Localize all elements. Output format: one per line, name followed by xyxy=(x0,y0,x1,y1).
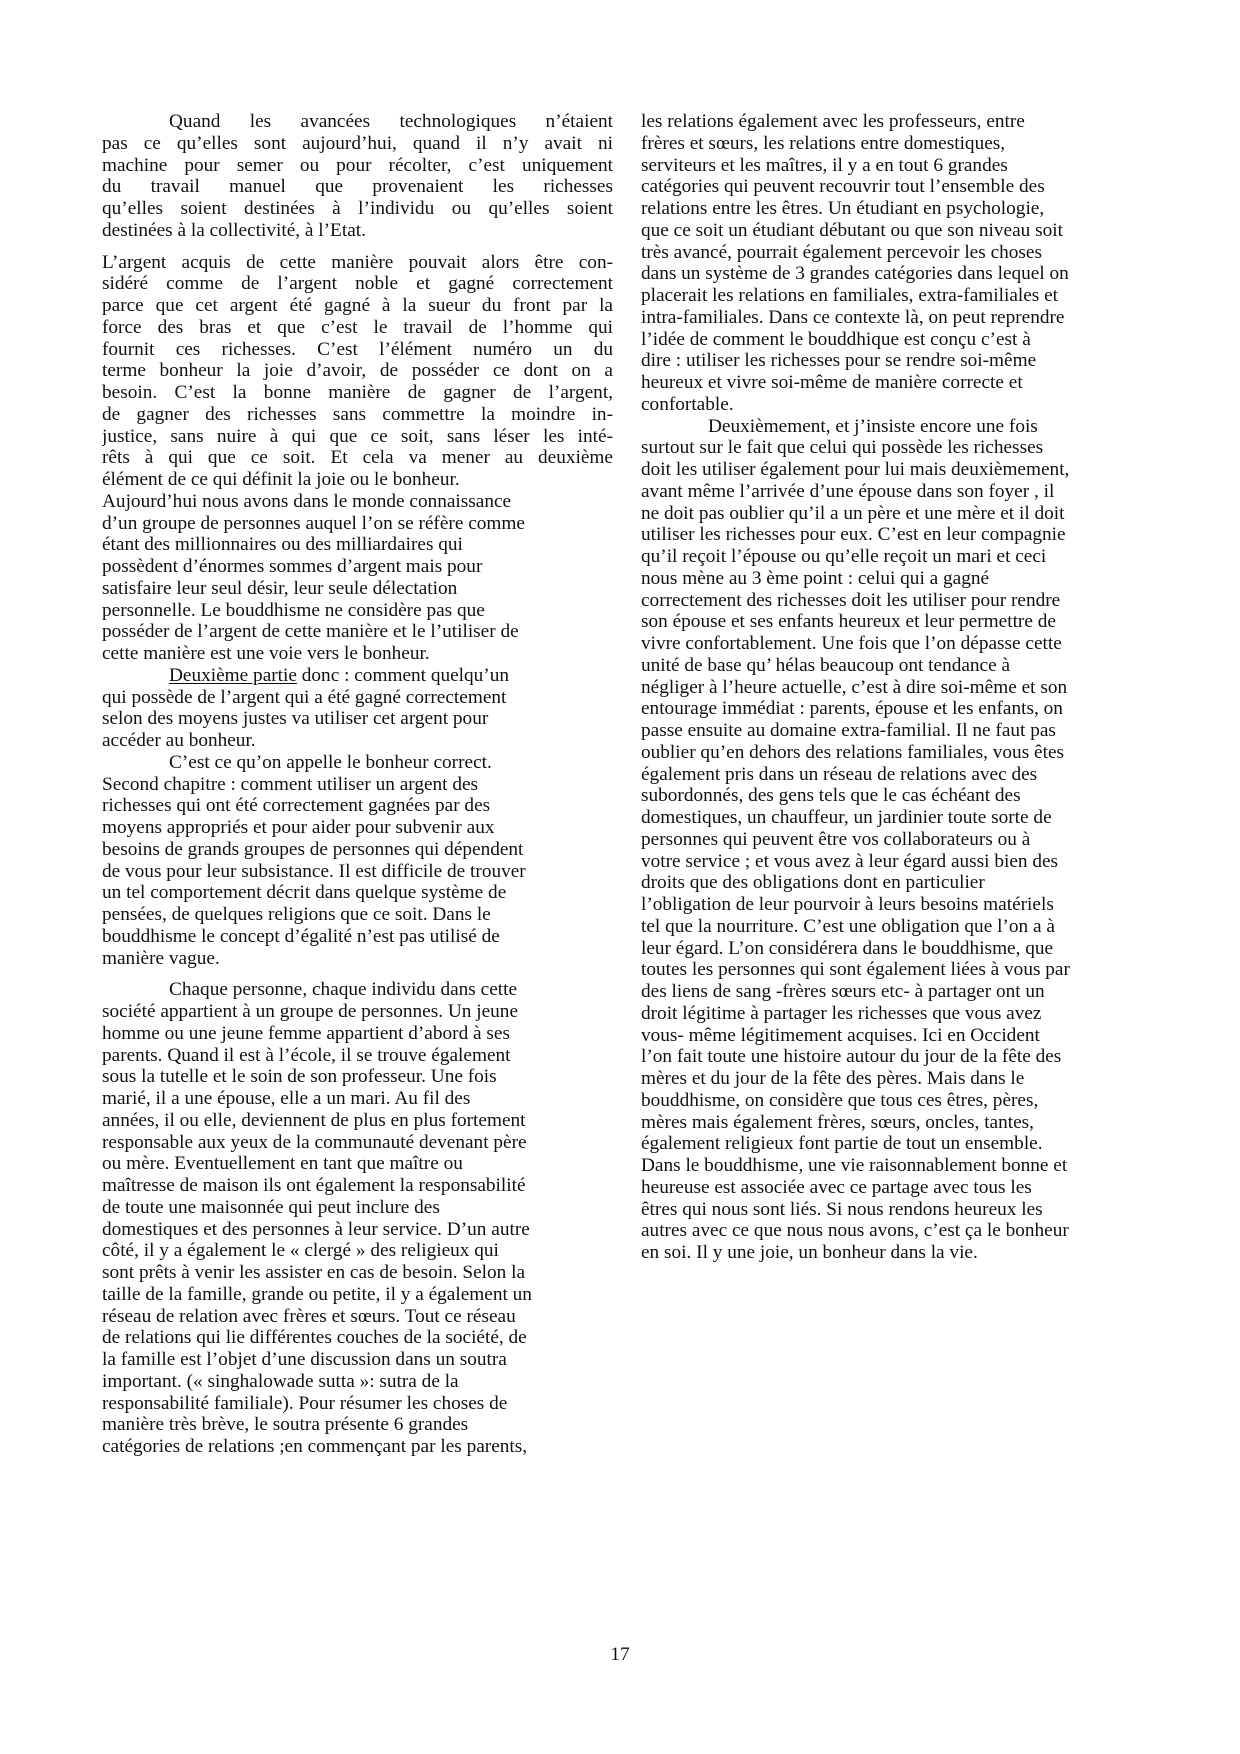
paragraph: Second chapitre : comment utiliser un ar… xyxy=(102,774,613,970)
text-line: Deuxièmement, et j’insiste encore une fo… xyxy=(641,416,1151,438)
text-line: l’on fait toute une histoire autour du j… xyxy=(641,1046,1151,1068)
text-line: bouddhisme le concept d’égalité n’est pa… xyxy=(102,926,613,948)
text-line: domestiques et des personnes à leur serv… xyxy=(102,1219,613,1241)
text-line: en soi. Il y une joie, un bonheur dans l… xyxy=(641,1242,1151,1264)
text-line: intra-familiales. Dans ce contexte là, o… xyxy=(641,307,1151,329)
text-line: très avancé, pourrait également percevoi… xyxy=(641,242,1151,264)
text-line: manière vague. xyxy=(102,948,613,970)
text-line: fournit ces richesses. C’est l’élément n… xyxy=(102,339,613,361)
paragraph: Quand les avancées technologiques n’étai… xyxy=(102,111,613,242)
text-line: société appartient à un groupe de person… xyxy=(102,1001,613,1023)
text-line: élément de ce qui définit la joie ou le … xyxy=(102,469,613,491)
text-line: de relations qui lie différentes couches… xyxy=(102,1327,613,1349)
text-line: de vous pour leur subsistance. Il est di… xyxy=(102,861,613,883)
text-line: des liens de sang -frères sœurs etc- à p… xyxy=(641,981,1151,1003)
text-line: terme bonheur la joie d’avoir, de posséd… xyxy=(102,360,613,382)
text-line: dire : utiliser les richesses pour se re… xyxy=(641,350,1151,372)
text-line: rêts à qui que ce soit. Et cela va mener… xyxy=(102,447,613,469)
text-line: responsabilité familiale). Pour résumer … xyxy=(102,1393,613,1415)
text-line: votre service ; et vous avez à leur égar… xyxy=(641,851,1151,873)
text-line: son épouse et ses enfants heureux et leu… xyxy=(641,611,1151,633)
text-line: confortable. xyxy=(641,394,1151,416)
text-line: heureux et vivre soi-même de manière cor… xyxy=(641,372,1151,394)
text-line: relations entre les êtres. Un étudiant e… xyxy=(641,198,1151,220)
text-line: heureuse est associée avec ce partage av… xyxy=(641,1177,1151,1199)
text-line: L’argent acquis de cette manière pouvait… xyxy=(102,252,613,274)
text-line: Chaque personne, chaque individu dans ce… xyxy=(102,979,613,1001)
text-line: serviteurs et les maîtres, il y a en tou… xyxy=(641,155,1151,177)
right-column: les relations également avec les profess… xyxy=(641,111,1151,1264)
paragraph: Deuxièmement, et j’insiste encore une fo… xyxy=(641,416,1151,1264)
text-line: droit légitime à partager les richesses … xyxy=(641,1003,1151,1025)
paragraph: Chaque personne, chaque individu dans ce… xyxy=(102,979,613,1458)
text-line: besoins de grands groupes de personnes q… xyxy=(102,839,613,861)
text-line: possèdent d’énormes sommes d’argent mais… xyxy=(102,556,613,578)
paragraph: Aujourd’hui nous avons dans le monde con… xyxy=(102,491,613,665)
text-line: qu’elles soient destinées à l’individu o… xyxy=(102,198,613,220)
text-line: maîtresse de maison ils ont également la… xyxy=(102,1175,613,1197)
text-line: force des bras et que c’est le travail d… xyxy=(102,317,613,339)
section-heading-underlined: Deuxième partie xyxy=(169,665,297,686)
text-line: machine pour semer ou pour récolter, c’e… xyxy=(102,155,613,177)
text-line: négliger à l’heure actuelle, c’est à dir… xyxy=(641,677,1151,699)
text-line: posséder de l’argent de cette manière et… xyxy=(102,621,613,643)
paragraph: les relations également avec les profess… xyxy=(641,111,1151,416)
text-line: accéder au bonheur. xyxy=(102,730,613,752)
text-line: ne doit pas oublier qu’il a un père et u… xyxy=(641,503,1151,525)
text-line: pas ce qu’elles sont aujourd’hui, quand … xyxy=(102,133,613,155)
text-line: frères et sœurs, les relations entre dom… xyxy=(641,133,1151,155)
text-line: la famille est l’objet d’une discussion … xyxy=(102,1349,613,1371)
text-line: nous mène au 3 ème point : celui qui a g… xyxy=(641,568,1151,590)
text-line: richesses qui ont été correctement gagné… xyxy=(102,795,613,817)
text-line: catégories qui peuvent recouvrir tout l’… xyxy=(641,176,1151,198)
left-column: Quand les avancées technologiques n’étai… xyxy=(102,111,613,1458)
text-line: un tel comportement décrit dans quelque … xyxy=(102,882,613,904)
text-line: besoin. C’est la bonne manière de gagner… xyxy=(102,382,613,404)
text-line: satisfaire leur seul désir, leur seule d… xyxy=(102,578,613,600)
text-line: qui possède de l’argent qui a été gagné … xyxy=(102,687,613,709)
text-line: pensées, de quelques religions que ce so… xyxy=(102,904,613,926)
text-line: personnelle. Le bouddhisme ne considère … xyxy=(102,600,613,622)
text-line: de toute une maisonnée qui peut inclure … xyxy=(102,1197,613,1219)
text-line: entourage immédiat : parents, épouse et … xyxy=(641,698,1151,720)
text-line: vivre confortablement. Une fois que l’on… xyxy=(641,633,1151,655)
page-number: 17 xyxy=(0,1644,1240,1666)
text-line: avant même l’arrivée d’une épouse dans s… xyxy=(641,481,1151,503)
text-line: selon des moyens justes va utiliser cet … xyxy=(102,708,613,730)
text-line: dans un système de 3 grandes catégories … xyxy=(641,263,1151,285)
text-line: parents. Quand il est à l’école, il se t… xyxy=(102,1045,613,1067)
text-line: responsable aux yeux de la communauté de… xyxy=(102,1132,613,1154)
text-line: utiliser les richesses pour eux. C’est e… xyxy=(641,524,1151,546)
text-line: Dans le bouddhisme, une vie raisonnablem… xyxy=(641,1155,1151,1177)
text-line: Deuxième partie donc : comment quelqu’un xyxy=(102,665,613,687)
text-line: étant des millionnaires ou des milliarda… xyxy=(102,534,613,556)
text-line: Aujourd’hui nous avons dans le monde con… xyxy=(102,491,613,513)
text-line: taille de la famille, grande ou petite, … xyxy=(102,1284,613,1306)
text-line: passe ensuite au domaine extra-familial.… xyxy=(641,720,1151,742)
text-line: correctement des richesses doit les util… xyxy=(641,590,1151,612)
text-line: du travail manuel que provenaient les ri… xyxy=(102,176,613,198)
text-line: également pris dans un réseau de relatio… xyxy=(641,764,1151,786)
text-line: marié, il a une épouse, elle a un mari. … xyxy=(102,1088,613,1110)
text-line: homme ou une jeune femme appartient d’ab… xyxy=(102,1023,613,1045)
text-line: doit les utiliser également pour lui mai… xyxy=(641,459,1151,481)
text-line: C’est ce qu’on appelle le bonheur correc… xyxy=(102,752,613,774)
text-line: mères et du jour de la fête des pères. M… xyxy=(641,1068,1151,1090)
text-line: important. (« singhalowade sutta »: sutr… xyxy=(102,1371,613,1393)
text-line: justice, sans nuire à qui que ce soit, s… xyxy=(102,426,613,448)
text-line: toutes les personnes qui sont également … xyxy=(641,959,1151,981)
text-line: côté, il y a également le « clergé » des… xyxy=(102,1240,613,1262)
text-line: les relations également avec les profess… xyxy=(641,111,1151,133)
text-line: mères mais également frères, sœurs, oncl… xyxy=(641,1112,1151,1134)
text-line: bouddhisme, on considère que tous ces êt… xyxy=(641,1090,1151,1112)
text-line: de gagner des richesses sans commettre l… xyxy=(102,404,613,426)
text-line: vous- même légitimement acquises. Ici en… xyxy=(641,1025,1151,1047)
text-line: années, il ou elle, deviennent de plus e… xyxy=(102,1110,613,1132)
text-line: moyens appropriés et pour aider pour sub… xyxy=(102,817,613,839)
paragraph: C’est ce qu’on appelle le bonheur correc… xyxy=(102,752,613,774)
text-line: d’un groupe de personnes auquel l’on se … xyxy=(102,513,613,535)
text-line: subordonnés, des gens tels que le cas éc… xyxy=(641,785,1151,807)
text-line: ou mère. Eventuellement en tant que maît… xyxy=(102,1153,613,1175)
text-line: destinées à la collectivité, à l’Etat. xyxy=(102,220,613,242)
text-line: l’obligation de leur pourvoir à leurs be… xyxy=(641,894,1151,916)
text-line: sidéré comme de l’argent noble et gagné … xyxy=(102,273,613,295)
paragraph: L’argent acquis de cette manière pouvait… xyxy=(102,252,613,491)
text-line: Quand les avancées technologiques n’étai… xyxy=(102,111,613,133)
document-page: Quand les avancées technologiques n’étai… xyxy=(0,0,1240,1754)
text-line: unité de base qu’ hélas beaucoup ont ten… xyxy=(641,655,1151,677)
text-line: oublier qu’en dehors des relations famil… xyxy=(641,742,1151,764)
text-line: placerait les relations en familiales, e… xyxy=(641,285,1151,307)
text-line: catégories de relations ;en commençant p… xyxy=(102,1436,613,1458)
text-line: leur égard. L’on considérera dans le bou… xyxy=(641,938,1151,960)
text-line: tel que la nourriture. C’est une obligat… xyxy=(641,916,1151,938)
text-line: que ce soit un étudiant débutant ou que … xyxy=(641,220,1151,242)
text-line: êtres qui nous sont liés. Si nous rendon… xyxy=(641,1199,1151,1221)
text-line: droits que des obligations dont en parti… xyxy=(641,872,1151,894)
text-line: sont prêts à venir les assister en cas d… xyxy=(102,1262,613,1284)
text-line: domestiques, un chauffeur, un jardinier … xyxy=(641,807,1151,829)
text-line: également religieux font partie de tout … xyxy=(641,1133,1151,1155)
text-line: Second chapitre : comment utiliser un ar… xyxy=(102,774,613,796)
text-line: parce que cet argent été gagné à la sueu… xyxy=(102,295,613,317)
text-line: qu’il reçoit l’épouse ou qu’elle reçoit … xyxy=(641,546,1151,568)
text-line: manière très brève, le soutra présente 6… xyxy=(102,1414,613,1436)
paragraph-deuxieme-partie: Deuxième partie donc : comment quelqu’un… xyxy=(102,665,613,752)
text-line: sous la tutelle et le soin de son profes… xyxy=(102,1066,613,1088)
text-line: personnes qui peuvent être vos collabora… xyxy=(641,829,1151,851)
text-run: donc : comment quelqu’un xyxy=(297,665,509,686)
text-line: cette manière est une voie vers le bonhe… xyxy=(102,643,613,665)
text-line: réseau de relation avec frères et sœurs.… xyxy=(102,1306,613,1328)
text-line: surtout sur le fait que celui qui possèd… xyxy=(641,437,1151,459)
text-line: l’idée de comment le bouddhique est conç… xyxy=(641,329,1151,351)
text-line: autres avec ce que nous nous avons, c’es… xyxy=(641,1220,1151,1242)
